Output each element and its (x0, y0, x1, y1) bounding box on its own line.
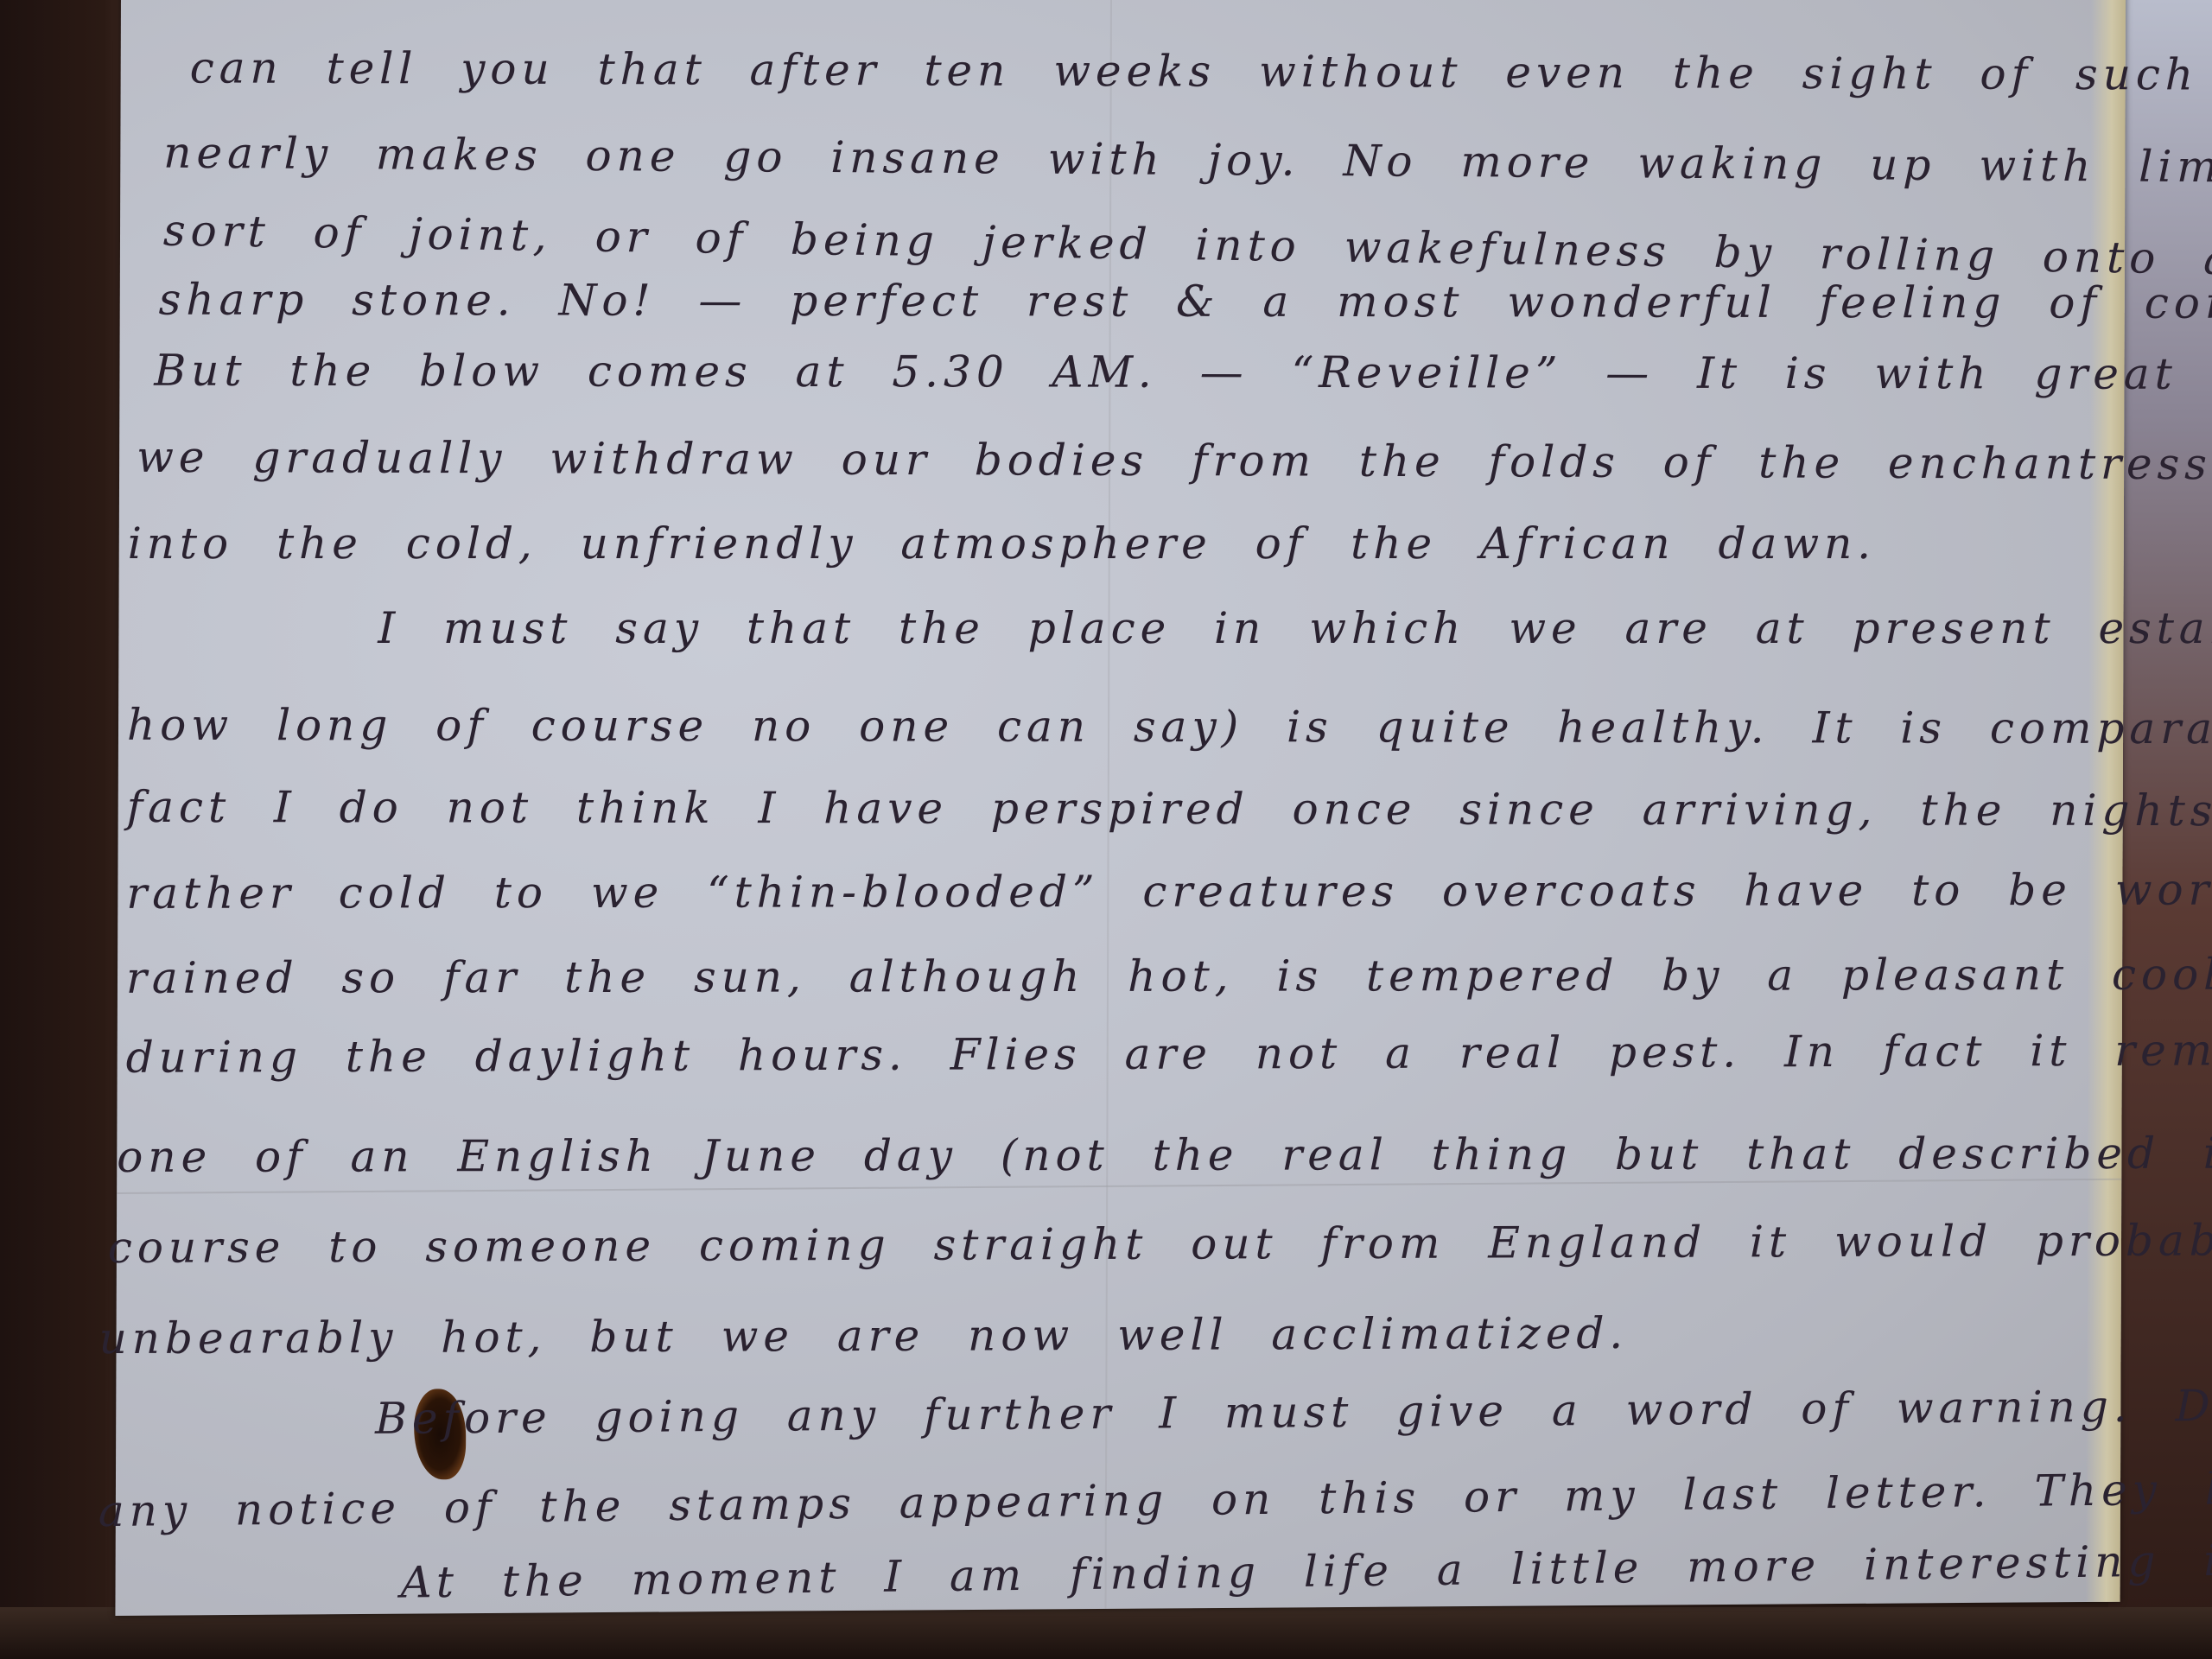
handwritten-line: At the moment I am finding life a little… (401, 1532, 2212, 1608)
handwritten-line: any notice of the stamps appearing on th… (99, 1464, 2212, 1537)
handwritten-line: course to someone coming straight out fr… (108, 1215, 2212, 1273)
handwritten-line: unbearably hot, but we are now well accl… (99, 1308, 1628, 1363)
handwritten-line: nearly makes one go insane with joy. No … (163, 128, 2212, 194)
handwritten-line: Before going any further I must give a w… (375, 1378, 2212, 1443)
handwritten-line: fact I do not think I have perspired onc… (126, 782, 2212, 836)
handwritten-line: sharp stone. No! — perfect rest & a most… (158, 275, 2212, 329)
table-surface-left (0, 0, 130, 1659)
handwritten-line: into the cold, unfriendly atmosphere of … (127, 518, 1876, 569)
handwritten-line: rained so far the sun, although hot, is … (126, 949, 2212, 1003)
handwritten-line: can tell you that after ten weeks withou… (189, 42, 2212, 100)
handwritten-line: during the daylight hours. Flies are not… (125, 1025, 2212, 1083)
handwritten-line: I must say that the place in which we ar… (378, 603, 2212, 653)
letter-page: can tell you that after ten weeks withou… (115, 0, 2126, 1616)
handwritten-line: one of an English June day (not the real… (117, 1128, 2212, 1182)
handwritten-line: rather cold to we “thin-blooded” creatur… (126, 864, 2212, 918)
handwritten-line: we gradually withdraw our bodies from th… (137, 432, 2212, 491)
table-surface-bottom (0, 1607, 2212, 1659)
handwritten-line: But the blow comes at 5.30 AM. — “Reveil… (154, 346, 2212, 400)
handwritten-line: how long of course no one can say) is qu… (127, 700, 2212, 754)
